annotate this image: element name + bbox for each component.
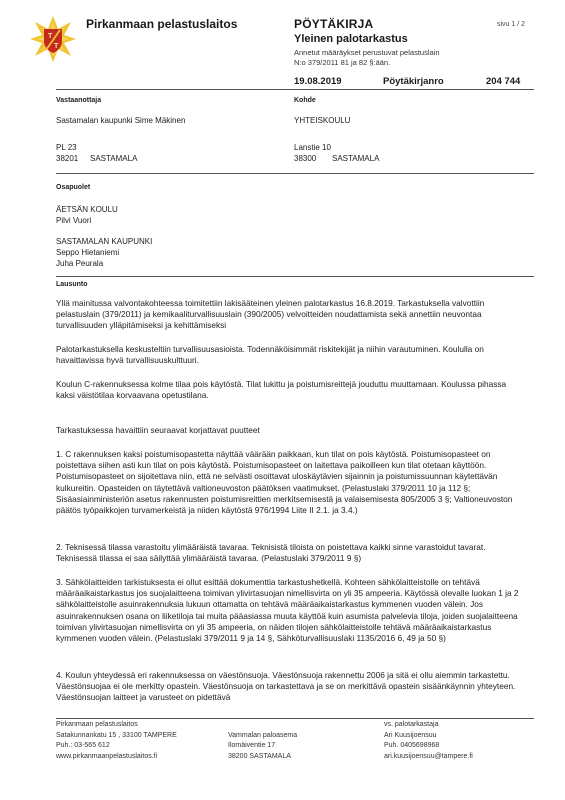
footer-organization: Pirkanmaan pelastuslaitos Satakunnankatu…	[56, 720, 177, 762]
target-postcode: 38300	[294, 153, 316, 164]
party-person: Pilvi Vuori	[56, 215, 118, 226]
record-number: 204 744	[486, 76, 520, 87]
party-name: ÄETSÄN KOULU	[56, 204, 118, 215]
recipient-name: Sastamalan kaupunki Sime Mäkinen	[56, 115, 185, 126]
finding-item: 3. Sähkölaitteiden tarkistuksesta ei oll…	[56, 577, 526, 644]
recipient-postcode: 38201	[56, 153, 78, 164]
footer-line: Satakunnankatu 15 , 33100 TAMPERE	[56, 731, 177, 742]
footer-inspector: vs. palotarkastaja Ari Kuusijoensuu Puh.…	[384, 720, 473, 762]
findings-intro: Tarkastuksessa havaittiin seuraavat korj…	[56, 425, 526, 436]
footer-line: Ari Kuusijoensuu	[384, 731, 473, 742]
document-type: PÖYTÄKIRJA	[294, 17, 373, 31]
recipient-address: PL 23	[56, 142, 77, 153]
target-city: SASTAMALA	[332, 153, 379, 164]
target-address: Lanstie 10	[294, 142, 331, 153]
party-person: Seppo Hietaniemi	[56, 247, 152, 258]
divider	[56, 718, 534, 719]
finding-item: 4. Koulun yhteydessä eri rakennuksessa o…	[56, 670, 526, 704]
party-group: ÄETSÄN KOULU Pilvi Vuori	[56, 204, 118, 226]
document-subtitle: Yleinen palotarkastus	[294, 33, 408, 45]
fire-rescue-logo-icon: T T	[28, 14, 78, 64]
footer-line: Pirkanmaan pelastuslaitos	[56, 720, 177, 731]
document-date: 19.08.2019	[294, 76, 342, 87]
footer-line: Vammalan paloasema	[228, 731, 297, 742]
svg-text:T: T	[54, 43, 59, 50]
footer-email-link[interactable]: ari.kuusijoensuu@tampere.fi	[384, 752, 473, 763]
party-group: SASTAMALAN KAUPUNKI Seppo Hietaniemi Juh…	[56, 236, 152, 269]
svg-text:T: T	[48, 33, 53, 40]
finding-item: 1. C rakennuksen kaksi poistumisopastett…	[56, 449, 526, 516]
party-name: SASTAMALAN KAUPUNKI	[56, 236, 152, 247]
footer-line: vs. palotarkastaja	[384, 720, 473, 731]
footer-website-link[interactable]: www.pirkanmaanpelastuslaitos.fi	[56, 752, 177, 763]
statement-label: Lausunto	[56, 281, 88, 288]
record-number-label: Pöytäkirjanro	[383, 76, 444, 87]
legal-basis-note: Annetut määräykset perustuvat pelastusla…	[294, 48, 494, 68]
recipient-city: SASTAMALA	[90, 153, 137, 164]
divider	[56, 276, 534, 277]
finding-item: 2. Teknisessä tilassa varastoitu ylimäär…	[56, 542, 526, 564]
target-name: YHTEISKOULU	[294, 115, 350, 126]
footer-line: Puh. 0405698968	[384, 741, 473, 752]
statement-paragraph: Yllä mainitussa valvontakohteessa toimit…	[56, 298, 526, 332]
note-line: N:o 379/2011 81 ja 82 §:ään.	[294, 58, 494, 68]
statement-paragraph: Palotarkastuksella keskusteltiin turvall…	[56, 344, 526, 366]
organization-name: Pirkanmaan pelastuslaitos	[86, 17, 237, 31]
page-indicator: sivu 1 / 2	[497, 21, 525, 28]
recipient-label: Vastaanottaja	[56, 97, 101, 104]
footer-station: Vammalan paloasema Ilomäiventie 17 38200…	[228, 720, 297, 762]
statement-paragraph: Koulun C-rakennuksessa kolme tilaa pois …	[56, 379, 526, 401]
footer-line: Puh.: 03-565 612	[56, 741, 177, 752]
footer-line	[228, 720, 297, 731]
footer-line: Ilomäiventie 17	[228, 741, 297, 752]
note-line: Annetut määräykset perustuvat pelastusla…	[294, 48, 494, 58]
parties-label: Osapuolet	[56, 184, 90, 191]
target-label: Kohde	[294, 97, 316, 104]
divider	[56, 89, 534, 90]
party-person: Juha Peurala	[56, 258, 152, 269]
footer-line: 38200 SASTAMALA	[228, 752, 297, 763]
divider	[56, 173, 534, 174]
